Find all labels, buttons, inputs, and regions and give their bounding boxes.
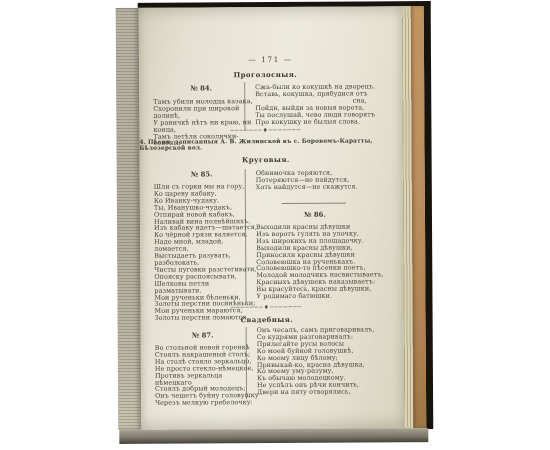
song-86-number: № 86.	[256, 210, 374, 219]
book-page-photo: — 171 — Проголосныя. № 84. Тамъ убили мо…	[116, 1, 434, 444]
bottom-page-edges	[119, 428, 428, 444]
song-85-number: № 85.	[154, 170, 250, 179]
page-surface: — 171 — Проголосныя. № 84. Тамъ убили мо…	[139, 6, 405, 430]
section-heading-krugovyya: Круговыя.	[140, 154, 393, 165]
section-ornament: ───────♦───────	[141, 303, 394, 312]
song-87-number: № 87.	[155, 331, 251, 340]
previous-pages-edge	[116, 8, 142, 430]
song-87-left-column: Во стольной новой горенкѣ Стоялъ накраше…	[155, 344, 259, 407]
section-heading-progolosnyya: Проголосныя.	[139, 69, 392, 80]
book-cover-edge	[411, 6, 427, 428]
section-heading-svadebnyya: Свадебныя.	[141, 314, 394, 325]
song-85-right-column: Обнимочка теряются, Потеряются—не найдут…	[256, 169, 400, 191]
song-86-column: Выходили красны дѣвушки Изъ воротъ гулят…	[256, 223, 404, 300]
page-number: — 171 —	[139, 54, 402, 65]
song-87-right-column: Онъ чесалъ, самъ приговаривалъ, Со кудря…	[257, 326, 405, 396]
song-84-right-column: Сжа-были ко кокушкѣ на дворецъ. Вставь, …	[255, 83, 399, 125]
song-85-left-column: Шли съ горки мы на гору, Ко цареву кабак…	[154, 183, 259, 322]
song-84-number: № 84.	[153, 84, 249, 93]
footnote-caption: 4. Пѣсни, записанныя А. В. Жилинской въ …	[139, 138, 402, 152]
column-separator-rule	[282, 203, 346, 204]
section-ornament: ───────♦───────	[139, 126, 392, 135]
